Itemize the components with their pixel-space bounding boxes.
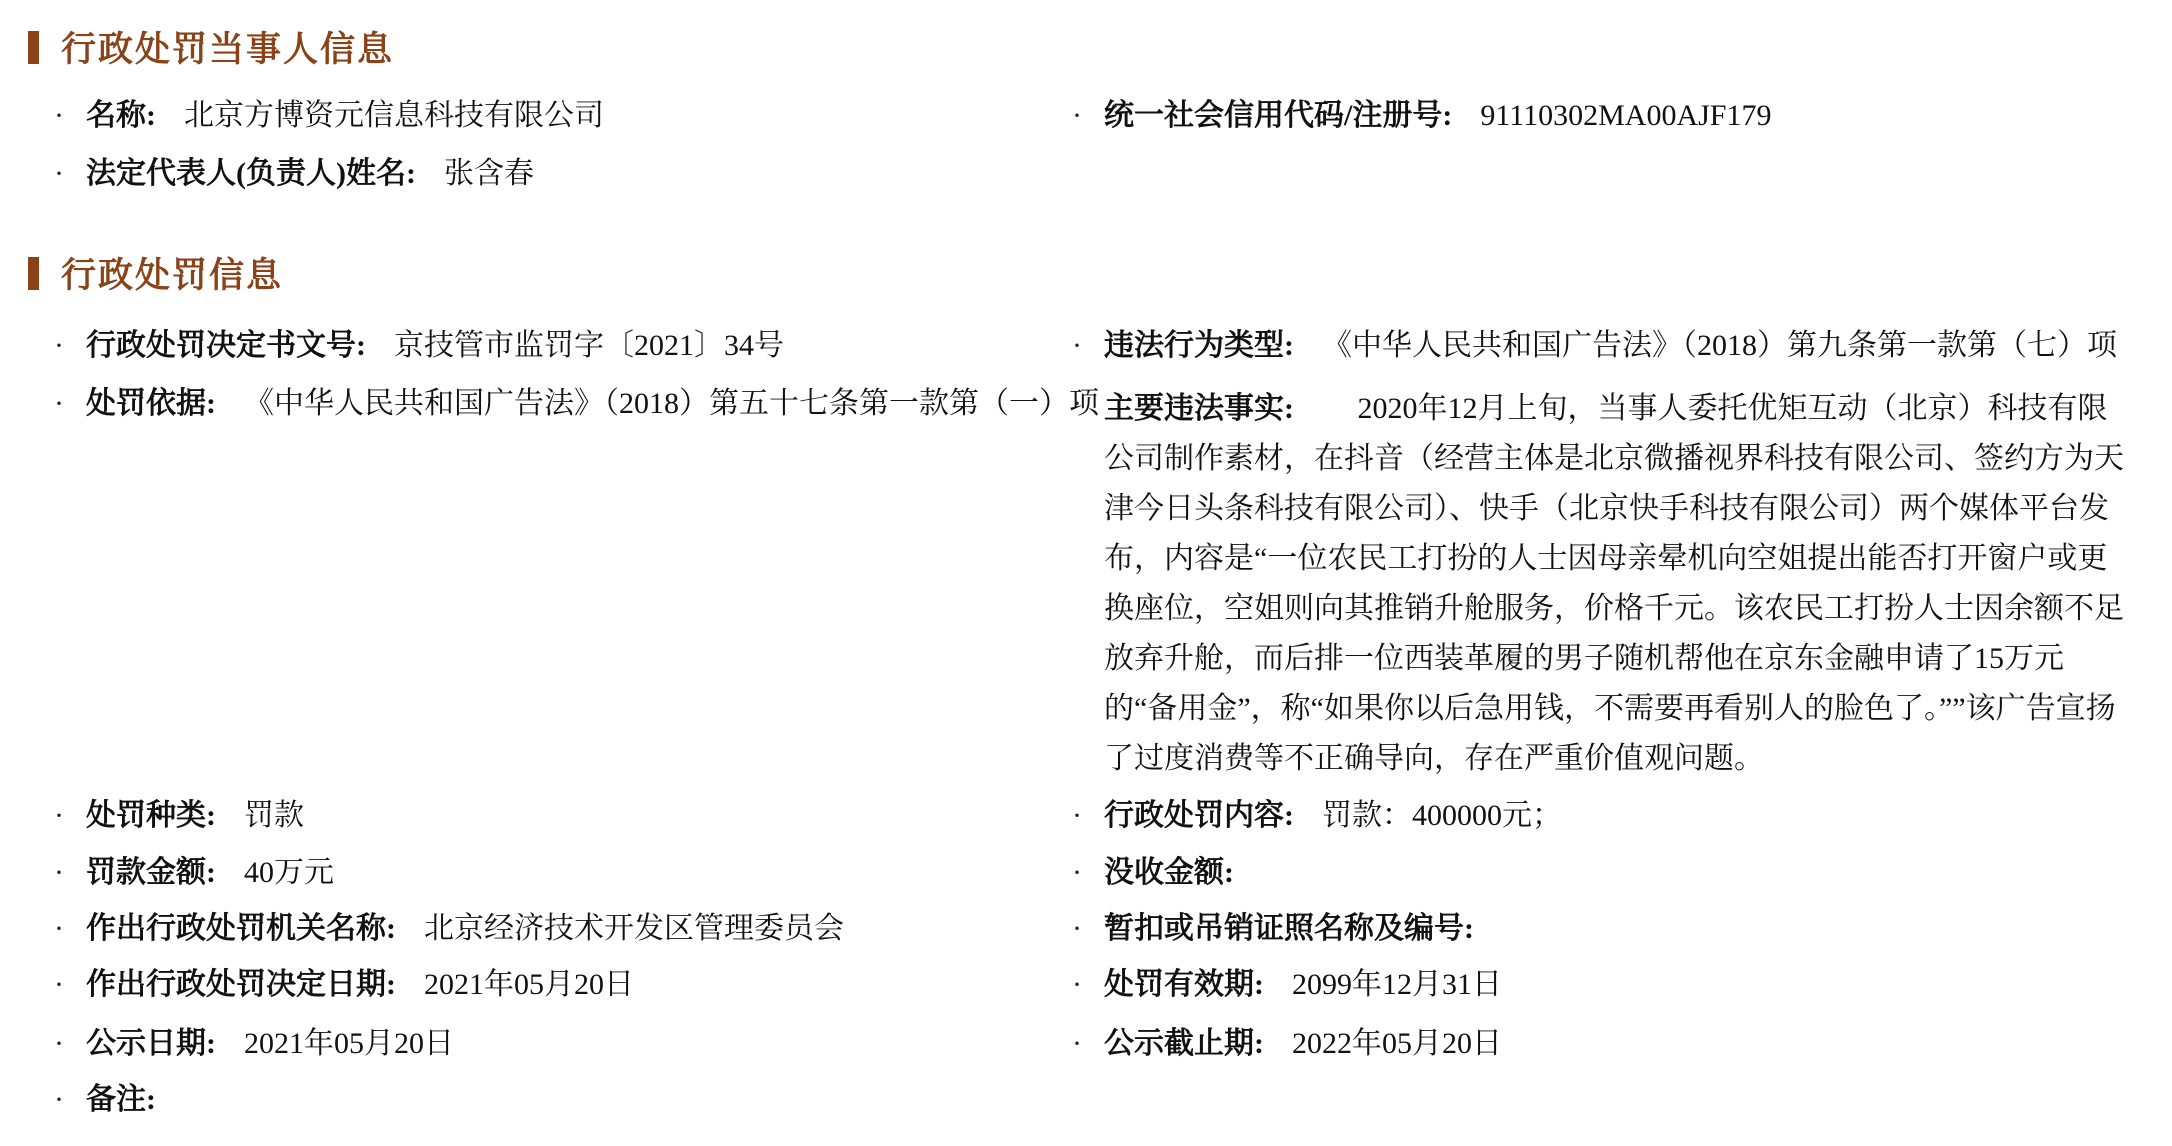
field-label: 法定代表人(负责人)姓名:	[86, 154, 416, 194]
field-label: 行政处罚内容:	[1104, 796, 1294, 836]
field-value: 91110302MA00AJF179	[1480, 96, 1771, 136]
bullet-dot-icon: ·	[1072, 384, 1082, 424]
section-accent-bar	[28, 31, 39, 64]
field-value: 2099年12月31日	[1292, 965, 1502, 1005]
field-value: 京技管市监罚字〔2021〕34号	[394, 326, 784, 366]
field-label: 违法行为类型:	[1104, 326, 1294, 366]
section-accent-bar	[28, 257, 39, 290]
field-label: 备注:	[86, 1080, 156, 1120]
bullet-dot-icon: ·	[54, 326, 64, 366]
field-label: 作出行政处罚决定日期:	[86, 965, 396, 1005]
field-row-publish-end: · 公示截止期: 2022年05月20日	[1072, 1024, 1502, 1064]
field-label: 行政处罚决定书文号:	[86, 326, 366, 366]
field-label: 主要违法事实:	[1104, 392, 1294, 425]
field-row-publish-date: · 公示日期: 2021年05月20日	[54, 1024, 454, 1064]
field-row-confiscation: · 没收金额:	[1072, 853, 1262, 893]
field-row-basis: · 处罚依据: 《中华人民共和国广告法》（2018）第五十七条第一款第（一）项	[54, 384, 1099, 424]
field-value: 罚款：400000元；	[1322, 796, 1562, 836]
field-row-violation-type: · 违法行为类型: 《中华人民共和国广告法》（2018）第九条第一款第（七）项	[1072, 326, 2117, 366]
field-row-validity: · 处罚有效期: 2099年12月31日	[1072, 965, 1502, 1005]
section-header-penalty: 行政处罚信息	[28, 248, 283, 298]
bullet-dot-icon: ·	[54, 909, 64, 949]
field-value: 2021年05月20日	[244, 1024, 454, 1064]
bullet-dot-icon: ·	[54, 1080, 64, 1120]
bullet-dot-icon: ·	[1072, 853, 1082, 893]
field-row-license: · 暂扣或吊销证照名称及编号:	[1072, 909, 1502, 949]
facts-paragraph: 主要违法事实: 2020年12月上旬，当事人委托优矩互动（北京）科技有限公司制作…	[1104, 384, 2128, 784]
field-row-remark: · 备注:	[54, 1080, 184, 1120]
field-label: 暂扣或吊销证照名称及编号:	[1104, 909, 1474, 949]
field-value: 2022年05月20日	[1292, 1024, 1502, 1064]
field-row-credit-code: · 统一社会信用代码/注册号: 91110302MA00AJF179	[1072, 96, 1771, 136]
field-value: 2020年12月上旬，当事人委托优矩互动（北京）科技有限公司制作素材，在抖音（经…	[1104, 392, 2124, 775]
bullet-dot-icon: ·	[54, 96, 64, 136]
bullet-dot-icon: ·	[1072, 1024, 1082, 1064]
section-title: 行政处罚当事人信息	[61, 22, 394, 72]
field-value: 张含春	[444, 154, 534, 194]
section-title: 行政处罚信息	[61, 248, 283, 298]
bullet-dot-icon: ·	[54, 853, 64, 893]
field-label: 作出行政处罚机关名称:	[86, 909, 396, 949]
field-row-fine-amount: · 罚款金额: 40万元	[54, 853, 334, 893]
bullet-dot-icon: ·	[1072, 965, 1082, 1005]
section-header-party: 行政处罚当事人信息	[28, 22, 394, 72]
bullet-dot-icon: ·	[1072, 326, 1082, 366]
bullet-dot-icon: ·	[1072, 96, 1082, 136]
penalty-detail-page: 行政处罚当事人信息 · 名称: 北京方博资元信息科技有限公司 · 统一社会信用代…	[0, 0, 2172, 1146]
field-value: 罚款	[244, 796, 304, 836]
field-label: 处罚依据:	[86, 384, 216, 424]
field-row-name: · 名称: 北京方博资元信息科技有限公司	[54, 96, 604, 136]
field-row-penalty-type: · 处罚种类: 罚款	[54, 796, 304, 836]
bullet-dot-icon: ·	[54, 796, 64, 836]
field-value: 《中华人民共和国广告法》（2018）第九条第一款第（七）项	[1322, 326, 2117, 366]
field-value: 《中华人民共和国广告法》（2018）第五十七条第一款第（一）项	[244, 384, 1099, 424]
field-row-facts: · 主要违法事实: 2020年12月上旬，当事人委托优矩互动（北京）科技有限公司…	[1072, 384, 2128, 784]
field-row-legal-rep: · 法定代表人(负责人)姓名: 张含春	[54, 154, 534, 194]
bullet-dot-icon: ·	[1072, 796, 1082, 836]
field-label: 公示截止期:	[1104, 1024, 1264, 1064]
field-value: 北京经济技术开发区管理委员会	[424, 909, 844, 949]
field-value: 2021年05月20日	[424, 965, 634, 1005]
field-value: 北京方博资元信息科技有限公司	[184, 96, 604, 136]
bullet-dot-icon: ·	[54, 965, 64, 1005]
field-label: 处罚有效期:	[1104, 965, 1264, 1005]
field-row-authority: · 作出行政处罚机关名称: 北京经济技术开发区管理委员会	[54, 909, 844, 949]
field-label: 公示日期:	[86, 1024, 216, 1064]
field-label: 处罚种类:	[86, 796, 216, 836]
field-label: 罚款金额:	[86, 853, 216, 893]
field-label: 名称:	[86, 96, 156, 136]
bullet-dot-icon: ·	[54, 154, 64, 194]
field-row-penalty-content: · 行政处罚内容: 罚款：400000元；	[1072, 796, 1562, 836]
field-label: 统一社会信用代码/注册号:	[1104, 96, 1452, 136]
bullet-dot-icon: ·	[54, 384, 64, 424]
field-value: 40万元	[244, 853, 334, 893]
field-row-decision-doc: · 行政处罚决定书文号: 京技管市监罚字〔2021〕34号	[54, 326, 784, 366]
bullet-dot-icon: ·	[1072, 909, 1082, 949]
field-label: 没收金额:	[1104, 853, 1234, 893]
field-row-decision-date: · 作出行政处罚决定日期: 2021年05月20日	[54, 965, 634, 1005]
bullet-dot-icon: ·	[54, 1024, 64, 1064]
